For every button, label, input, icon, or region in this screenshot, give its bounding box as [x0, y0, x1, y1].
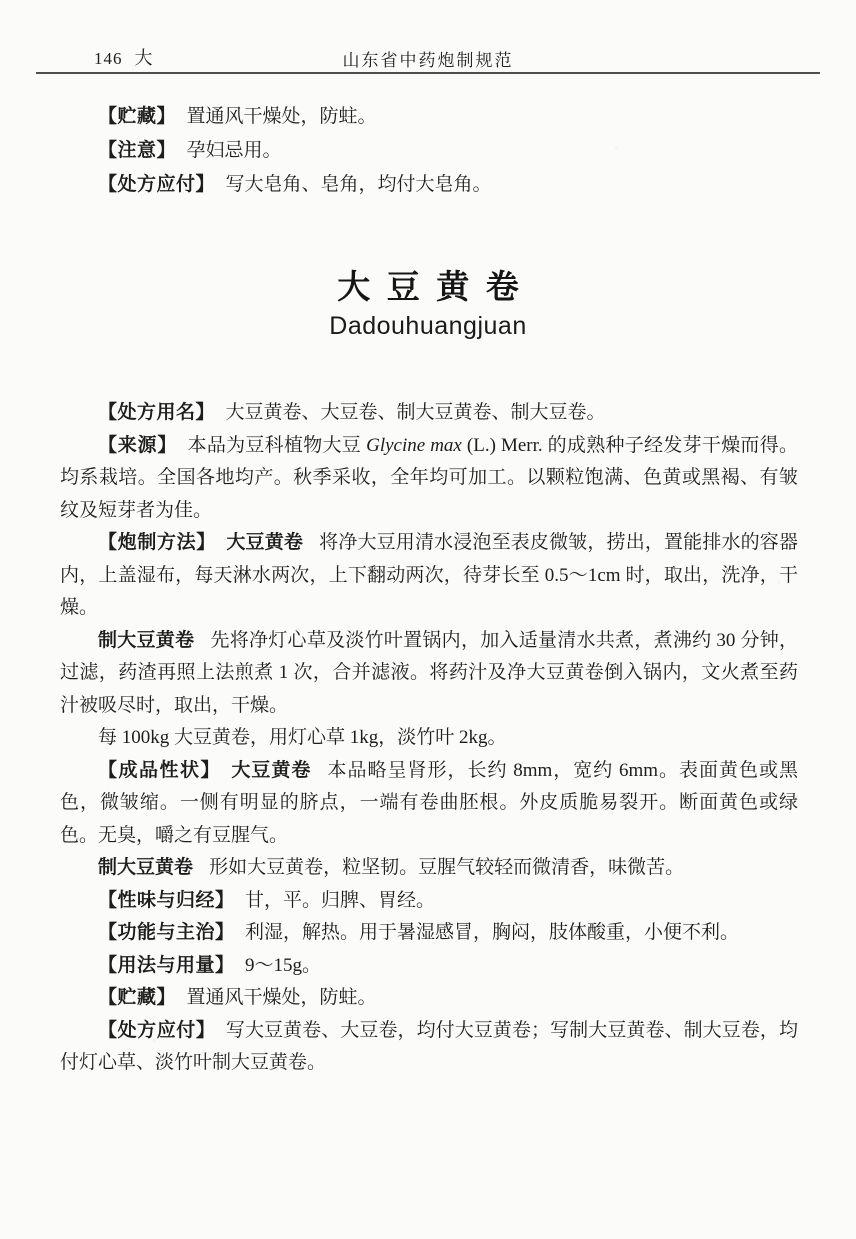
- entry-caution-prev: 【注意】孕妇忌用。: [60, 134, 796, 167]
- entry-text: 大豆黄卷、大豆卷、制大豆黄卷、制大豆卷。: [225, 402, 605, 423]
- entry-functions-indications: 【功能与主治】利湿，解热。用于暑湿感冒，胸闷，肢体酸重，小便不利。: [60, 917, 798, 950]
- entry-label: 【炮制方法】: [98, 532, 216, 553]
- entry-text: 甘，平。归脾、胃经。: [245, 890, 435, 911]
- entry-subname: 制大豆黄卷: [98, 630, 194, 651]
- entry-taste-meridian: 【性味与归经】甘，平。归脾、胃经。: [60, 885, 798, 918]
- previous-monograph-tail: 【贮藏】置通风干燥处，防蛀。【注意】孕妇忌用。【处方应付】写大皂角、皂角，均付大…: [60, 100, 796, 201]
- entry-text: 孕妇忌用。: [186, 140, 281, 161]
- entry-label: 【成品性状】: [98, 760, 221, 781]
- entry-subname: 大豆黄卷: [226, 532, 303, 553]
- entry-label: 【注意】: [98, 140, 176, 161]
- entry-processing-method: 【炮制方法】大豆黄卷将净大豆用清水浸泡至表皮微皱，捞出，置能排水的容器内，上盖湿…: [60, 527, 798, 625]
- entry-product-characters: 【成品性状】大豆黄卷本品略呈肾形，长约 8mm，宽约 6mm。表面黄色或黑色，微…: [60, 755, 798, 853]
- entry-label: 【用法与用量】: [98, 955, 235, 976]
- entry-text: 9～15g。: [245, 955, 321, 976]
- monograph-pinyin: Dadouhuangjuan: [0, 312, 856, 341]
- entry-text: 每 100kg 大豆黄卷，用灯心草 1kg，淡竹叶 2kg。: [98, 727, 507, 748]
- entry-storage-prev: 【贮藏】置通风干燥处，防蛀。: [60, 100, 796, 133]
- scanned-book-page: 146大 山东省中药炮制规范 【贮藏】置通风干燥处，防蛀。【注意】孕妇忌用。【处…: [0, 0, 856, 1239]
- entry-text: 置通风干燥处，防蛀。: [186, 987, 376, 1008]
- entry-label: 【功能与主治】: [98, 922, 235, 943]
- entry-label: 【处方应付】: [98, 174, 215, 195]
- entry-prescription-names: 【处方用名】大豆黄卷、大豆卷、制大豆黄卷、制大豆卷。: [60, 397, 798, 430]
- book-title: 山东省中药炮制规范: [0, 46, 856, 71]
- entry-subname: 大豆黄卷: [231, 760, 311, 781]
- entry-text: 利湿，解热。用于暑湿感冒，胸闷，肢体酸重，小便不利。: [245, 922, 739, 943]
- monograph-body: 【处方用名】大豆黄卷、大豆卷、制大豆黄卷、制大豆卷。【来源】本品为豆科植物大豆 …: [60, 397, 798, 1080]
- entry-dosage: 【用法与用量】9～15g。: [60, 950, 798, 983]
- entry-text: 本品为豆科植物大豆: [188, 435, 367, 456]
- entry-storage: 【贮藏】置通风干燥处，防蛀。: [60, 982, 798, 1015]
- entry-label: 【来源】: [98, 435, 177, 456]
- entry-text: 写大皂角、皂角，均付大皂角。: [225, 174, 491, 195]
- entry-label: 【性味与归经】: [98, 890, 235, 911]
- page-header: 146大 山东省中药炮制规范: [0, 0, 856, 70]
- latin-binomial: Glycine max: [366, 435, 462, 456]
- entry-dispensing-prev: 【处方应付】写大皂角、皂角，均付大皂角。: [60, 168, 796, 201]
- monograph-title: 大豆黄卷: [0, 261, 856, 308]
- entry-processing-method-zhi: 制大豆黄卷先将净灯心草及淡竹叶置锅内，加入适量清水共煮，煮沸约 30 分钟，过滤…: [60, 625, 798, 723]
- entry-subname: 制大豆黄卷: [98, 857, 193, 878]
- entry-text: 形如大豆黄卷，粒坚韧。豆腥气较轻而微清香，味微苦。: [209, 857, 684, 878]
- entry-dispensing: 【处方应付】写大豆黄卷、大豆卷，均付大豆黄卷；写制大豆黄卷、制大豆卷，均付灯心草…: [60, 1015, 798, 1080]
- entry-ratio-note: 每 100kg 大豆黄卷，用灯心草 1kg，淡竹叶 2kg。: [60, 722, 798, 755]
- entry-source: 【来源】本品为豆科植物大豆 Glycine max (L.) Merr. 的成熟…: [60, 430, 798, 528]
- entry-text: 置通风干燥处，防蛀。: [186, 106, 376, 127]
- entry-product-characters-zhi: 制大豆黄卷形如大豆黄卷，粒坚韧。豆腥气较轻而微清香，味微苦。: [60, 852, 798, 885]
- entry-label: 【贮藏】: [98, 106, 176, 127]
- entry-label: 【处方应付】: [98, 1020, 215, 1041]
- header-rule: [36, 72, 820, 74]
- entry-label: 【贮藏】: [98, 987, 176, 1008]
- entry-label: 【处方用名】: [98, 402, 215, 423]
